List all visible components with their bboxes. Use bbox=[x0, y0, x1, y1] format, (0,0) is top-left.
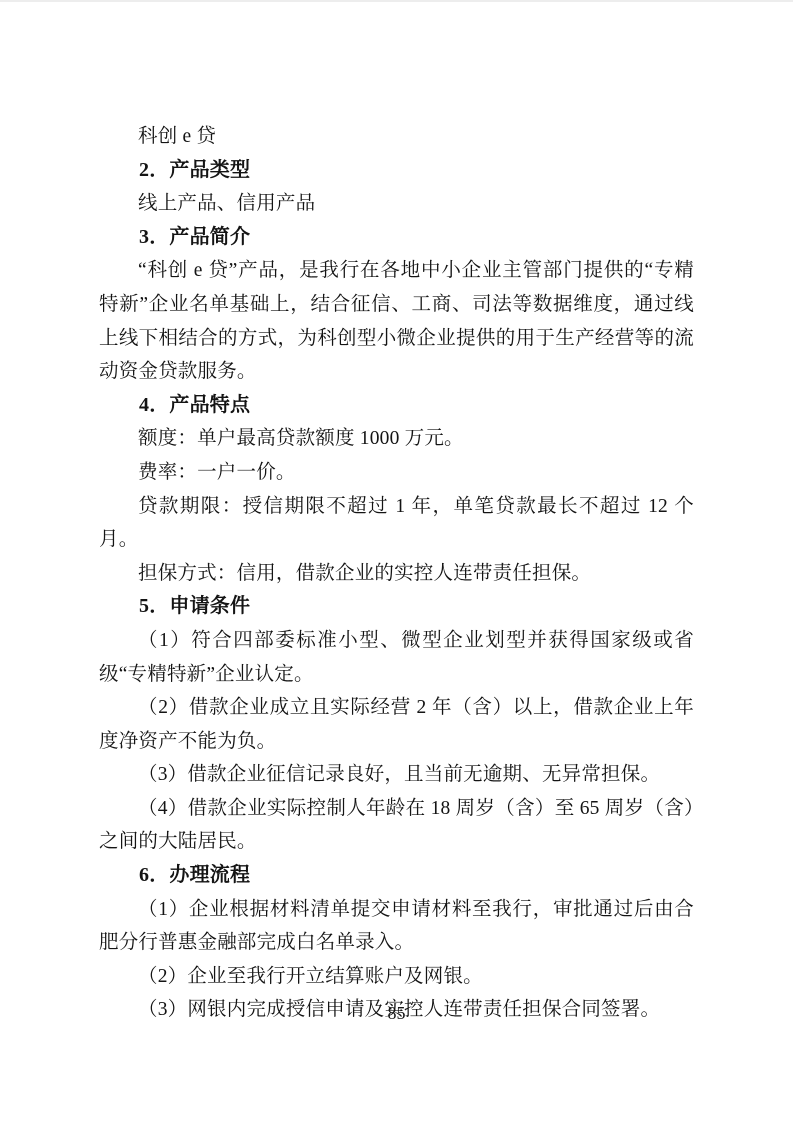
condition-item-4: （4）借款企业实际控制人年龄在 18 周岁（含）至 65 周岁（含）之间的大陆居… bbox=[99, 792, 694, 859]
condition-item-2: （2）借款企业成立且实际经营 2 年（含）以上，借款企业上年度净资产不能为负。 bbox=[99, 691, 694, 758]
product-type-paragraph: 线上产品、信用产品 bbox=[99, 187, 694, 221]
process-step-1: （1）企业根据材料清单提交申请材料至我行，审批通过后由合肥分行普惠金融部完成白名… bbox=[99, 893, 694, 960]
feature-term-paragraph: 贷款期限：授信期限不超过 1 年，单笔贷款最长不超过 12 个月。 bbox=[99, 490, 694, 557]
product-name-line: 科创 e 贷 bbox=[99, 120, 694, 154]
feature-amount-paragraph: 额度：单户最高贷款额度 1000 万元。 bbox=[99, 422, 694, 456]
feature-guarantee-paragraph: 担保方式：信用，借款企业的实控人连带责任担保。 bbox=[99, 557, 694, 591]
section-heading-product-features: 4．产品特点 bbox=[99, 389, 694, 423]
section-heading-application-conditions: 5．申请条件 bbox=[99, 590, 694, 624]
product-intro-paragraph: “科创 e 贷”产品，是我行在各地中小企业主管部门提供的“专精特新”企业名单基础… bbox=[99, 254, 694, 388]
feature-rate-paragraph: 费率：一户一价。 bbox=[99, 456, 694, 490]
section-heading-product-intro: 3．产品简介 bbox=[99, 221, 694, 255]
condition-item-3: （3）借款企业征信记录良好，且当前无逾期、无异常担保。 bbox=[99, 758, 694, 792]
page-top-edge bbox=[0, 0, 793, 2]
document-page: 科创 e 贷 2．产品类型 线上产品、信用产品 3．产品简介 “科创 e 贷”产… bbox=[0, 0, 793, 1122]
process-step-2: （2）企业至我行开立结算账户及网银。 bbox=[99, 960, 694, 994]
document-content: 科创 e 贷 2．产品类型 线上产品、信用产品 3．产品简介 “科创 e 贷”产… bbox=[99, 120, 694, 1027]
page-number: 85 bbox=[0, 1001, 793, 1025]
section-heading-process: 6．办理流程 bbox=[99, 859, 694, 893]
condition-item-1: （1）符合四部委标准小型、微型企业划型并获得国家级或省级“专精特新”企业认定。 bbox=[99, 624, 694, 691]
section-heading-product-type: 2．产品类型 bbox=[99, 154, 694, 188]
